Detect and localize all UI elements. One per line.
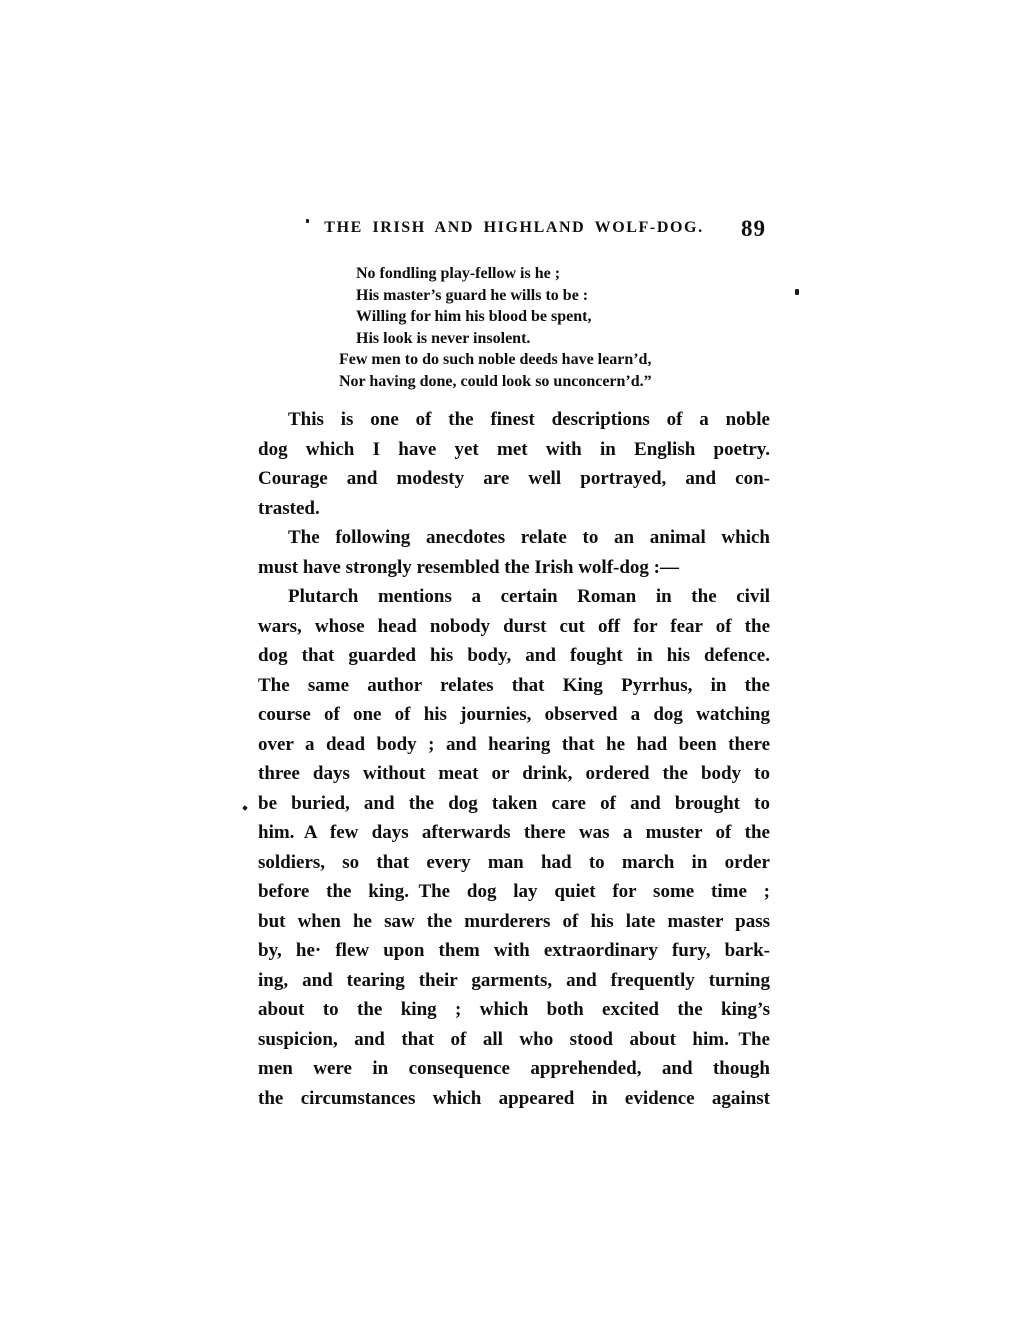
text-line: This is one of the finest descriptions o…	[258, 405, 770, 435]
paragraph: The following anecdotes relate to an ani…	[258, 523, 770, 582]
text-line: wars, whose head nobody durst cut off fo…	[258, 612, 770, 642]
text-line: the circumstances which appeared in evid…	[258, 1084, 770, 1114]
poem-line: Willing for him his blood be spent,	[258, 306, 770, 328]
text-line: ing, and tearing their garments, and fre…	[258, 966, 770, 996]
scan-speck	[242, 805, 248, 811]
text-line: about to the king ; which both excited t…	[258, 995, 770, 1025]
poem-block: No fondling play-fellow is he ;His maste…	[258, 263, 770, 393]
text-line: The same author relates that King Pyrrhu…	[258, 671, 770, 701]
text-line: course of one of his journies, observed …	[258, 700, 770, 730]
poem-line: No fondling play-fellow is he ;	[258, 263, 770, 285]
text-line: dog which I have yet met with in English…	[258, 435, 770, 465]
poem-line: Nor having done, could look so unconcern…	[258, 371, 770, 393]
text-line: be buried, and the dog taken care of and…	[258, 789, 770, 819]
paragraph: This is one of the finest descriptions o…	[258, 405, 770, 523]
page-header: THE IRISH AND HIGHLAND WOLF-DOG. 89	[258, 219, 770, 243]
text-line: Courage and modesty are well portrayed, …	[258, 464, 770, 494]
text-line: The following anecdotes relate to an ani…	[258, 523, 770, 553]
text-line: by, he· flew upon them with extraordinar…	[258, 936, 770, 966]
text-line: men were in consequence apprehended, and…	[258, 1054, 770, 1084]
text-line: suspicion, and that of all who stood abo…	[258, 1025, 770, 1055]
text-line: before the king. The dog lay quiet for s…	[258, 877, 770, 907]
text-line: soldiers, so that every man had to march…	[258, 848, 770, 878]
paragraph: Plutarch mentions a certain Roman in the…	[258, 582, 770, 1113]
text-line: dog that guarded his body, and fought in…	[258, 641, 770, 671]
running-title: THE IRISH AND HIGHLAND WOLF-DOG.	[324, 219, 703, 236]
poem-line: His master’s guard he wills to be :	[258, 285, 770, 307]
text-line: over a dead body ; and hearing that he h…	[258, 730, 770, 760]
book-page: THE IRISH AND HIGHLAND WOLF-DOG. 89 No f…	[0, 0, 1033, 1339]
page-number: 89	[741, 216, 766, 242]
body-text: This is one of the finest descriptions o…	[258, 405, 770, 1113]
text-line: but when he saw the murderers of his lat…	[258, 907, 770, 937]
poem-line: Few men to do such noble deeds have lear…	[258, 349, 770, 371]
text-line: him. A few days afterwards there was a m…	[258, 818, 770, 848]
text-line: Plutarch mentions a certain Roman in the…	[258, 582, 770, 612]
scan-speck	[795, 289, 799, 295]
poem-line: His look is never insolent.	[258, 328, 770, 350]
text-line: trasted.	[258, 494, 770, 524]
text-line: three days without meat or drink, ordere…	[258, 759, 770, 789]
text-line: must have strongly resembled the Irish w…	[258, 553, 770, 583]
